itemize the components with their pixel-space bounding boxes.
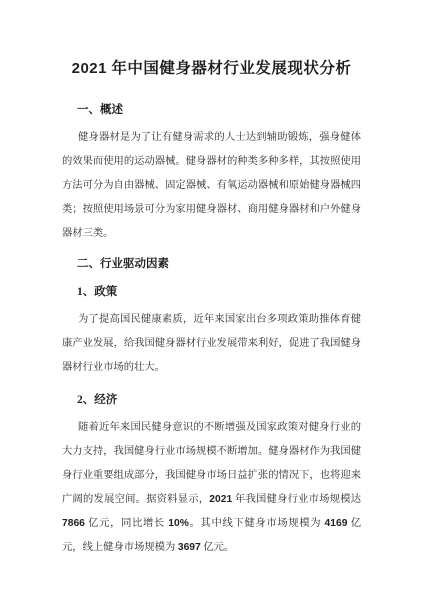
economy-text-lead: 随着近年来国民健身意识的不断增强及国家政策对健身行业的大力支持，我国健身行业市场…	[62, 422, 361, 505]
economy-text-growth: 亿元，同比增长	[85, 518, 168, 529]
economy-paragraph: 随着近年来国民健身意识的不断增强及国家政策对健身行业的大力支持，我国健身行业市场…	[62, 416, 361, 560]
document-page: 2021 年中国健身器材行业发展现状分析 一、概述 健身器材是为了让有健身需求的…	[0, 0, 424, 600]
title-year-number: 2021	[72, 60, 107, 77]
stat-year: 2021	[209, 494, 232, 505]
document-title: 2021 年中国健身器材行业发展现状分析	[62, 58, 361, 80]
section-heading-drivers: 二、行业驱动因素	[77, 256, 361, 272]
subsection-heading-policy: 1、政策	[77, 284, 361, 300]
stat-offline-size: 4169	[325, 518, 348, 529]
stat-online-size: 3697	[178, 542, 201, 553]
stat-growth-rate: 10%	[168, 518, 189, 529]
economy-text-offline: 。其中线下健身市场规模为	[189, 518, 325, 529]
subsection-heading-economy: 2、经济	[77, 392, 361, 408]
section-heading-overview: 一、概述	[77, 102, 361, 118]
stat-market-size: 7866	[62, 518, 85, 529]
title-text: 年中国健身器材行业发展现状分析	[107, 60, 351, 77]
policy-paragraph: 为了提高国民健康素质，近年来国家出台多项政策助推体育健康产业发展，给我国健身器材…	[62, 308, 361, 380]
economy-text-end: 亿元。	[201, 542, 234, 553]
economy-text-market-scale: 年我国健身行业市场规模达	[232, 494, 361, 505]
overview-paragraph: 健身器材是为了让有健身需求的人士达到辅助锻炼，强身健体的效果而使用的运动器械。健…	[62, 126, 361, 246]
